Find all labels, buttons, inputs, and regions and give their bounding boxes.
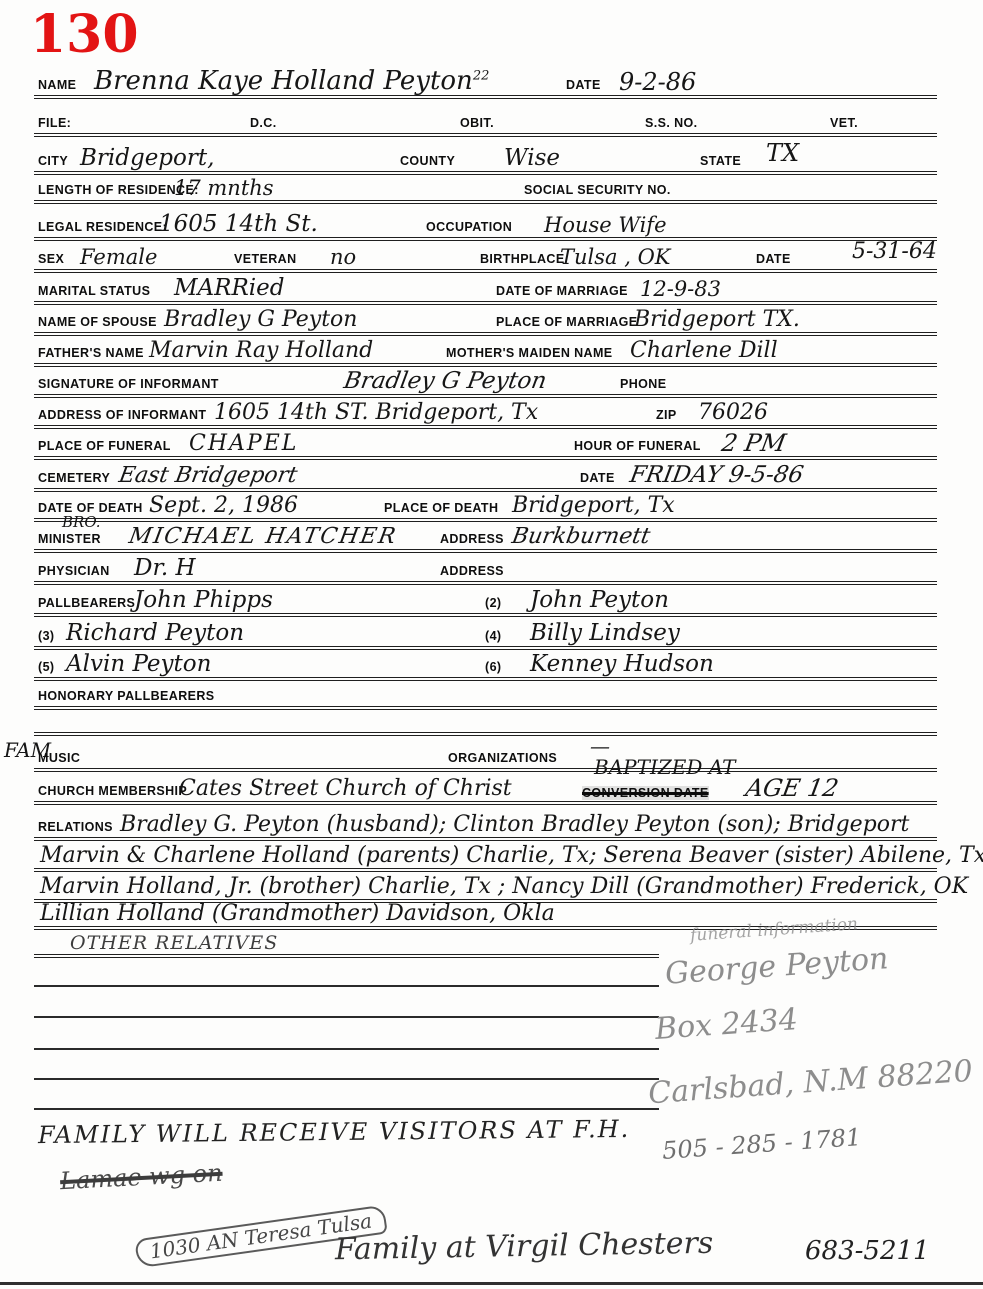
church-membership-row: CHURCH MEMBERSHIP Cates Street Church of… (34, 771, 937, 805)
blank-line-4 (34, 1078, 659, 1080)
pallbearer-1: John Phipps (134, 589, 273, 612)
death-row: DATE OF DEATH Sept. 2, 1986 PLACE OF DEA… (34, 489, 937, 522)
baptized-note: BAPTIZED AT (594, 757, 735, 777)
pallbearer-3-num: (3) (38, 629, 54, 643)
organizations-value: — (590, 736, 610, 756)
music-row: FAM MUSIC ORGANIZATIONS — (34, 738, 937, 772)
city-row: CITY Bridgeport, COUNTY Wise STATE TX (34, 136, 937, 175)
name-value: Brenna Kaye Holland Peyton22 (94, 68, 489, 94)
spouse-label: NAME OF SPOUSE (38, 315, 157, 329)
address-of-informant-label: ADDRESS OF INFORMANT (38, 408, 206, 422)
vet-label: VET. (830, 116, 858, 130)
pallbearer-5: Alvin Peyton (66, 653, 211, 676)
pallbearer-6: Kenney Hudson (530, 653, 714, 676)
mother-maiden-name-label: MOTHER'S MAIDEN NAME (446, 346, 613, 360)
ssno-label: S.S. NO. (645, 116, 698, 130)
birthdate-label: DATE (756, 252, 791, 266)
relations-line-4: Lillian Holland (Grandmother) Davidson, … (40, 903, 555, 925)
veteran-value: no (330, 247, 356, 268)
phone-label: PHONE (620, 377, 666, 391)
city-label: CITY (38, 154, 68, 168)
length-of-residence-value: 17 mnths (174, 178, 274, 199)
informant-signature: Bradley G Peyton (342, 370, 548, 393)
zip-value: 76026 (698, 402, 768, 424)
spouse-value: Bradley G Peyton (164, 309, 357, 331)
church-membership-label: CHURCH MEMBERSHIP (38, 784, 187, 798)
date-of-marriage-label: DATE OF MARRIAGE (496, 284, 628, 298)
blank-ruled-line (34, 728, 937, 736)
pallbearers-row-1: PALLBEARERS John Phipps (2) John Peyton (34, 583, 937, 617)
parents-row: FATHER'S NAME Marvin Ray Holland MOTHER'… (34, 334, 937, 367)
birthdate-value: 5-31-64 (852, 241, 937, 263)
father-name-value: Marvin Ray Holland (149, 340, 373, 362)
informant-address-value: 1605 14th ST. Bridgeport, Tx (214, 402, 538, 424)
cemetery-label: CEMETERY (38, 471, 110, 485)
father-name-label: FATHER'S NAME (38, 346, 144, 360)
legal-residence-label: LEGAL RESIDENCE: (38, 220, 167, 234)
date-of-death-value: Sept. 2, 1986 (149, 495, 298, 517)
physician-value: Dr. H (134, 557, 196, 580)
birthplace-label: BIRTHPLACE (480, 252, 565, 266)
name-row: NAME Brenna Kaye Holland Peyton22 DATE 9… (34, 48, 937, 99)
cemetery-row: CEMETERY East Bridgeport DATE FRIDAY 9-5… (34, 458, 937, 492)
pallbearer-4-num: (4) (485, 629, 501, 643)
sex-row: SEX Female VETERAN no BIRTHPLACE Tulsa ,… (34, 240, 937, 273)
conversion-date-label-struck: CONVERSION DATE (582, 786, 709, 800)
other-relatives-row: OTHER RELATIVES (34, 924, 659, 958)
struck-note: Lamae wg on (59, 1161, 223, 1193)
pencil-city-note: Carlsbad, N.M 88220 (647, 1057, 973, 1110)
physician-address-label: ADDRESS (440, 564, 504, 578)
cemetery-value: East Bridgeport (117, 465, 299, 487)
birthplace-value: Tulsa , OK (560, 247, 670, 268)
obit-label: OBIT. (460, 116, 494, 130)
place-of-death-value: Bridgeport, Tx (512, 495, 675, 517)
pallbearer-6-num: (6) (485, 660, 501, 674)
place-of-marriage-label: PLACE OF MARRIAGE (496, 315, 638, 329)
minister-row: BRO. MINISTER MICHAEL HATCHER ADDRESS Bu… (34, 519, 937, 553)
funeral-date-value: FRIDAY 9-5-86 (628, 464, 805, 487)
pallbearer-2: John Peyton (530, 589, 669, 612)
organizations-label: ORGANIZATIONS (448, 751, 557, 765)
minister-prefix-note: BRO. (62, 515, 101, 530)
county-value: Wise (504, 147, 560, 170)
marital-status-row: MARITAL STATUS MARRied DATE OF MARRIAGE … (34, 272, 937, 305)
pencil-phone-note: 505 - 285 - 1781 (661, 1125, 862, 1163)
relations-line-1: Bradley G. Peyton (husband); Clinton Bra… (120, 814, 909, 836)
relations-row-2: Marvin & Charlene Holland (parents) Char… (34, 838, 937, 872)
family-at-note: Family at Virgil Chesters (335, 1229, 714, 1266)
county-label: COUNTY (400, 154, 455, 168)
scan-edge-artifact (0, 1282, 983, 1285)
dc-label: D.C. (250, 116, 277, 130)
place-of-death-label: PLACE OF DEATH (384, 501, 498, 515)
footer-phone: 683-5211 (805, 1238, 930, 1264)
zip-label: ZIP (656, 408, 677, 422)
hour-of-funeral-value: 2 PM (720, 431, 788, 455)
state-value: TX (766, 141, 799, 165)
hour-of-funeral-label: HOUR OF FUNERAL (574, 439, 701, 453)
blank-line-5 (34, 1108, 659, 1110)
date-of-marriage-value: 12-9-83 (640, 279, 721, 300)
funeral-record-card: 130 NAME Brenna Kaye Holland Peyton22 DA… (0, 0, 983, 1289)
place-of-funeral-label: PLACE OF FUNERAL (38, 439, 171, 453)
informant-address-row: ADDRESS OF INFORMANT 1605 14th ST. Bridg… (34, 396, 937, 429)
relations-row-1: RELATIONS Bradley G. Peyton (husband); C… (34, 805, 937, 841)
blank-line-3 (34, 1048, 659, 1050)
place-of-marriage-value: Bridgeport TX. (634, 309, 800, 331)
place-of-funeral-row: PLACE OF FUNERAL CHAPEL HOUR OF FUNERAL … (34, 427, 937, 460)
visitors-note: FAMILY WILL RECEIVE VISITORS AT F.H. (38, 1117, 630, 1147)
physician-label: PHYSICIAN (38, 564, 110, 578)
pencil-box-note: Box 2434 (654, 1005, 799, 1045)
legal-residence-row: LEGAL RESIDENCE: 1605 14th St. OCCUPATIO… (34, 205, 937, 241)
name-label: NAME (38, 78, 76, 92)
sex-label: SEX (38, 252, 64, 266)
minister-address-value: Burkburnett (510, 526, 652, 548)
veteran-label: VETERAN (234, 252, 297, 266)
funeral-date-label: DATE (580, 471, 615, 485)
name-superscript: 22 (473, 68, 490, 83)
blank-line-1 (34, 985, 659, 987)
minister-label: MINISTER (38, 532, 101, 546)
relations-line-2: Marvin & Charlene Holland (parents) Char… (40, 845, 983, 867)
spouse-row: NAME OF SPOUSE Bradley G Peyton PLACE OF… (34, 303, 937, 336)
record-date-value: 9-2-86 (619, 70, 696, 94)
honorary-pallbearers-label: HONORARY PALLBEARERS (38, 689, 215, 703)
legal-residence-value: 1605 14th St. (159, 213, 318, 236)
blank-line-2 (34, 1016, 659, 1018)
honorary-pallbearers-row: HONORARY PALLBEARERS (34, 681, 937, 710)
pallbearer-3: Richard Peyton (66, 622, 244, 645)
file-label: FILE: (38, 116, 71, 130)
marital-status-value: MARRied (174, 277, 285, 300)
file-row: FILE: D.C. OBIT. S.S. NO. VET. (34, 108, 937, 137)
record-date-label: DATE (566, 78, 601, 92)
length-of-residence-row: LENGTH OF RESIDENCE: 17 mnths SOCIAL SEC… (34, 176, 937, 204)
minister-address-label: ADDRESS (440, 532, 504, 546)
baptized-age-value: AGE 12 (744, 776, 840, 800)
signature-of-informant-label: SIGNATURE OF INFORMANT (38, 377, 219, 391)
sex-value: Female (80, 247, 157, 268)
occupation-label: OCCUPATION (426, 220, 512, 234)
state-label: STATE (700, 154, 741, 168)
pallbearer-2-num: (2) (485, 596, 501, 610)
other-relatives-note: OTHER RELATIVES (70, 934, 278, 953)
marital-status-label: MARITAL STATUS (38, 284, 150, 298)
signature-row: SIGNATURE OF INFORMANT Bradley G Peyton … (34, 365, 937, 398)
place-of-funeral-value: CHAPEL (189, 433, 298, 455)
occupation-value: House Wife (544, 215, 667, 236)
church-membership-value: Cates Street Church of Christ (179, 778, 512, 800)
pencil-name-note: George Peyton (664, 944, 889, 990)
pallbearer-4: Billy Lindsey (530, 622, 680, 645)
relations-line-3: Marvin Holland, Jr. (brother) Charlie, T… (40, 876, 968, 898)
physician-row: PHYSICIAN Dr. H ADDRESS (34, 551, 937, 585)
pallbearers-label: PALLBEARERS (38, 596, 135, 610)
minister-value: MICHAEL HATCHER (127, 526, 399, 548)
mother-maiden-name-value: Charlene Dill (630, 340, 778, 362)
relations-label: RELATIONS (38, 820, 113, 834)
pallbearer-5-num: (5) (38, 660, 54, 674)
city-value: Bridgeport, (80, 147, 214, 170)
music-label: MUSIC (38, 751, 80, 765)
pallbearers-row-3: (5) Alvin Peyton (6) Kenney Hudson (34, 647, 937, 681)
pallbearers-row-2: (3) Richard Peyton (4) Billy Lindsey (34, 616, 937, 650)
name-value-text: Brenna Kaye Holland Peyton (94, 66, 473, 96)
social-security-label: SOCIAL SECURITY NO. (524, 183, 671, 197)
